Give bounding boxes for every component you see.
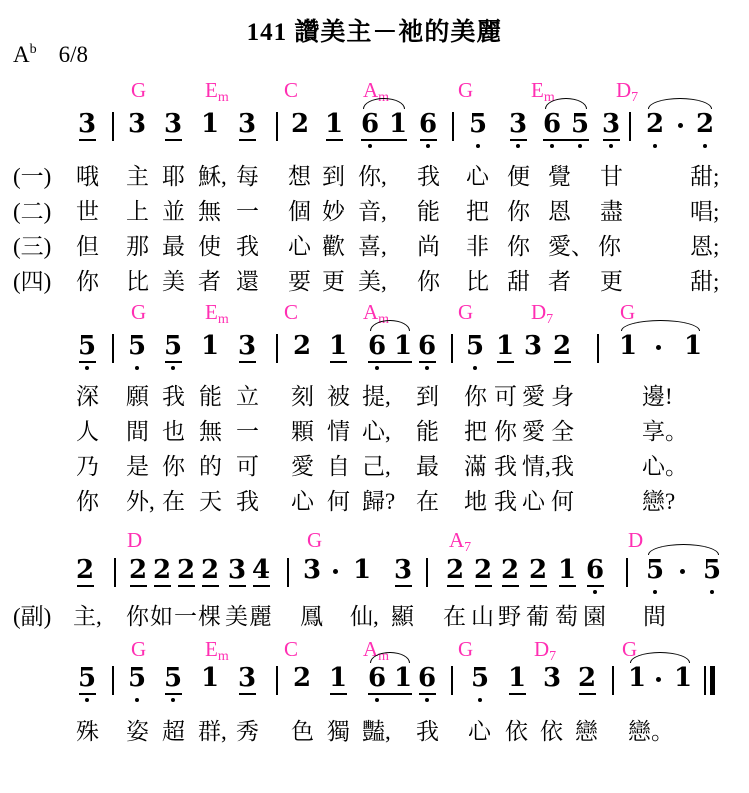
barline xyxy=(276,334,278,363)
low-octave-dot xyxy=(171,366,175,370)
lyric-text: 顆 xyxy=(291,413,314,446)
lyric-text: 顯 xyxy=(391,598,414,631)
lyric-text: 恩 xyxy=(548,193,571,226)
lyric-text: 仙, xyxy=(350,598,379,631)
eighth-underline xyxy=(326,139,343,141)
lyric-text: 天 xyxy=(199,483,222,516)
barline xyxy=(629,112,631,141)
eighth-underline xyxy=(587,585,604,587)
chord-root: E xyxy=(205,300,218,324)
augmentation-dot xyxy=(656,345,661,350)
note-digit: 6 xyxy=(418,664,436,692)
barline xyxy=(451,666,453,695)
chord-label: C xyxy=(284,300,298,325)
note-digit: 5 xyxy=(164,332,182,360)
lyric-text: 你 xyxy=(76,263,99,296)
lyric-text: 群, xyxy=(198,713,227,746)
eighth-underline xyxy=(165,139,182,141)
lyric-text: 如 xyxy=(150,598,173,631)
lyric-text: 要 xyxy=(288,263,311,296)
note-digit: 5 xyxy=(646,556,664,584)
lyric-text: 心 xyxy=(288,228,311,261)
lyric-text: 地 xyxy=(464,483,487,516)
eighth-underline xyxy=(239,139,256,141)
note-digit: 5 xyxy=(78,664,96,692)
chord-root: C xyxy=(284,637,298,661)
lyric-text: 你 xyxy=(494,413,517,446)
low-octave-dot xyxy=(653,590,657,594)
lyric-text: 秀 xyxy=(236,713,259,746)
lyric-text: 也 xyxy=(162,413,185,446)
note-digit: 6 xyxy=(368,332,386,360)
lyric-text: 戀。 xyxy=(628,713,674,746)
lyric-text: 己, xyxy=(362,448,391,481)
eighth-underline xyxy=(130,585,147,587)
lyric-text: 並 xyxy=(162,193,185,226)
note-digit: 2 xyxy=(529,556,547,584)
chord-quality: m xyxy=(218,90,229,105)
lyric-text: 美, xyxy=(358,263,387,296)
note-digit: 1 xyxy=(389,110,407,138)
chord-root: G xyxy=(458,78,473,102)
barline xyxy=(451,334,453,363)
chord-root: D xyxy=(534,637,549,661)
eighth-underline xyxy=(79,361,96,363)
lyric-text: 願 xyxy=(126,378,149,411)
verse-label: (二) xyxy=(13,193,51,226)
lyric-text: 甜; xyxy=(690,158,719,191)
lyric-text: 無 xyxy=(198,193,221,226)
augmentation-dot xyxy=(656,677,661,682)
note-digit: 1 xyxy=(394,332,412,360)
chord-label: G xyxy=(307,528,322,553)
eighth-underline xyxy=(579,693,596,695)
eighth-underline xyxy=(509,693,526,695)
note-digit: 5 xyxy=(571,110,589,138)
chord-root: C xyxy=(284,300,298,324)
low-octave-dot xyxy=(85,698,89,702)
lyric-text: 我 xyxy=(236,228,259,261)
barline xyxy=(597,334,599,363)
lyric-text: 棵 xyxy=(198,598,221,631)
note-digit: 2 xyxy=(153,556,171,584)
lyric-text: 可 xyxy=(494,378,517,411)
lyric-text: 更 xyxy=(600,263,623,296)
final-barline-thick xyxy=(710,666,715,695)
eighth-underline xyxy=(330,361,347,363)
note-digit: 5 xyxy=(78,332,96,360)
lyric-text: 使 xyxy=(198,228,221,261)
chord-label: G xyxy=(458,78,473,103)
chord-root: E xyxy=(205,78,218,102)
lyric-text: 在 xyxy=(443,598,466,631)
low-octave-dot xyxy=(425,366,429,370)
eighth-underline xyxy=(502,585,519,587)
lyric-text: 你 xyxy=(126,598,149,631)
eighth-underline xyxy=(420,139,437,141)
beam-underline xyxy=(361,139,407,141)
chord-label: G xyxy=(131,78,146,103)
chord-label: G xyxy=(458,637,473,662)
eighth-underline xyxy=(154,585,171,587)
barline xyxy=(452,112,454,141)
lyric-text: 野 xyxy=(498,598,521,631)
lyric-text: 依 xyxy=(540,713,563,746)
lyric-text: 戀 xyxy=(575,713,598,746)
lyric-text: 美 xyxy=(162,263,185,296)
lyric-text: 到 xyxy=(416,378,439,411)
lyric-text: 甜; xyxy=(690,263,719,296)
lyric-text: 每 xyxy=(236,158,259,191)
lyric-text: 把 xyxy=(466,193,489,226)
note-digit: 1 xyxy=(558,556,576,584)
note-digit: 6 xyxy=(543,110,561,138)
eighth-underline xyxy=(447,585,464,587)
low-octave-dot xyxy=(368,144,372,148)
lyric-text: 最 xyxy=(416,448,439,481)
eighth-underline xyxy=(77,585,94,587)
chord-root: D xyxy=(628,528,643,552)
lyric-text: 愛 xyxy=(291,448,314,481)
low-octave-dot xyxy=(478,698,482,702)
chord-root: A xyxy=(363,300,378,324)
lyric-text: 能 xyxy=(199,378,222,411)
eighth-underline xyxy=(79,693,96,695)
eighth-underline xyxy=(554,361,571,363)
lyric-text: 何 xyxy=(551,483,574,516)
lyric-text: 麗 xyxy=(249,598,272,631)
lyric-text: 愛、 xyxy=(548,228,594,261)
note-digit: 3 xyxy=(394,556,412,584)
lyric-text: 更 xyxy=(322,263,345,296)
lyric-text: 你 xyxy=(507,228,530,261)
chord-root: A xyxy=(449,528,464,552)
note-digit: 2 xyxy=(293,664,311,692)
eighth-underline xyxy=(330,693,347,695)
chord-label: C xyxy=(284,637,298,662)
lyric-text: 山 xyxy=(471,598,494,631)
chord-quality: m xyxy=(218,649,229,664)
lyric-text: 你 xyxy=(417,263,440,296)
lyric-text: 深 xyxy=(76,378,99,411)
lyric-text: 歸? xyxy=(362,483,395,516)
lyric-text: 非 xyxy=(466,228,489,261)
eighth-underline xyxy=(475,585,492,587)
lyric-text: 耶 xyxy=(162,158,185,191)
lyric-text: 是 xyxy=(126,448,149,481)
note-digit: 2 xyxy=(129,556,147,584)
lyric-text: 恩; xyxy=(690,228,719,261)
lyric-text: 便 xyxy=(507,158,530,191)
low-octave-dot xyxy=(653,144,657,148)
lyric-text: 姿 xyxy=(126,713,149,746)
chord-label: D7 xyxy=(531,300,553,328)
lyric-text: 的 xyxy=(199,448,222,481)
lyric-text: 獨 xyxy=(327,713,350,746)
lyric-text: 那 xyxy=(126,228,149,261)
lyric-text: 但 xyxy=(76,228,99,261)
low-octave-dot xyxy=(375,366,379,370)
eighth-underline xyxy=(79,139,96,141)
low-octave-dot xyxy=(85,366,89,370)
eighth-underline xyxy=(165,361,182,363)
barline xyxy=(112,666,114,695)
verse-label: (副) xyxy=(13,598,51,631)
lyric-text: 尚 xyxy=(417,228,440,261)
low-octave-dot xyxy=(703,144,707,148)
lyric-text: 無 xyxy=(199,413,222,446)
note-digit: 6 xyxy=(418,332,436,360)
lyric-text: 你 xyxy=(162,448,185,481)
note-digit: 1 xyxy=(628,664,646,692)
eighth-underline xyxy=(202,585,219,587)
hymn-sheet: 141 讚美主－祂的美麗 Ab6/8 GEmCAmGEmD73331321616… xyxy=(0,0,749,793)
lyric-text: 邊! xyxy=(642,378,673,411)
note-digit: 2 xyxy=(177,556,195,584)
lyric-text: 哦 xyxy=(76,158,99,191)
lyric-text: 上 xyxy=(126,193,149,226)
lyric-text: 美 xyxy=(225,598,248,631)
chord-root: C xyxy=(284,78,298,102)
note-digit: 1 xyxy=(394,664,412,692)
lyric-text: 你, xyxy=(358,158,387,191)
lyric-text: 立 xyxy=(236,378,259,411)
note-digit: 1 xyxy=(201,110,219,138)
chord-root: G xyxy=(131,637,146,661)
beam-underline xyxy=(368,693,412,695)
note-digit: 1 xyxy=(329,664,347,692)
lyric-text: 個 xyxy=(288,193,311,226)
eighth-underline xyxy=(419,693,436,695)
lyric-text: 身 xyxy=(551,378,574,411)
barline xyxy=(626,558,628,587)
note-digit: 5 xyxy=(466,332,484,360)
lyric-text: 能 xyxy=(417,193,440,226)
chord-label: D7 xyxy=(534,637,556,665)
lyric-text: 可 xyxy=(236,448,259,481)
lyric-text: 刻 xyxy=(291,378,314,411)
note-digit: 5 xyxy=(703,556,721,584)
lyric-text: 世 xyxy=(76,193,99,226)
lyric-text: 心 xyxy=(466,158,489,191)
chord-root: G xyxy=(307,528,322,552)
lyric-text: 我 xyxy=(416,713,439,746)
note-digit: 1 xyxy=(508,664,526,692)
low-octave-dot xyxy=(710,590,714,594)
chord-quality: 7 xyxy=(631,90,638,105)
lyric-text: 殊 xyxy=(76,713,99,746)
lyric-text: 我 xyxy=(236,483,259,516)
barline xyxy=(276,112,278,141)
chord-label: D7 xyxy=(616,78,638,106)
note-digit: 5 xyxy=(164,664,182,692)
eighth-underline xyxy=(603,139,620,141)
barline xyxy=(287,558,289,587)
chord-root: D xyxy=(531,300,546,324)
chord-root: E xyxy=(205,637,218,661)
lyric-text: 心 xyxy=(468,713,491,746)
note-digit: 5 xyxy=(128,332,146,360)
lyric-text: 自 xyxy=(327,448,350,481)
lyric-text: 乃 xyxy=(76,448,99,481)
note-digit: 3 xyxy=(303,556,321,584)
lyric-text: 色 xyxy=(291,713,314,746)
note-digit: 2 xyxy=(474,556,492,584)
lyric-text: 何 xyxy=(327,483,350,516)
lyric-text: 葡 xyxy=(526,598,549,631)
note-digit: 6 xyxy=(419,110,437,138)
page-title: 141 讚美主－祂的美麗 xyxy=(0,12,749,48)
low-octave-dot xyxy=(135,698,139,702)
lyric-text: 鳳 xyxy=(300,598,323,631)
lyric-text: 間 xyxy=(126,413,149,446)
note-digit: 1 xyxy=(353,556,371,584)
lyric-text: 戀? xyxy=(642,483,675,516)
verse-label: (三) xyxy=(13,228,51,261)
key-accidental: b xyxy=(30,42,37,57)
lyric-text: 妙 xyxy=(322,193,345,226)
note-digit: 3 xyxy=(228,556,246,584)
lyric-text: 心, xyxy=(362,413,391,446)
eighth-underline xyxy=(497,361,514,363)
barline xyxy=(112,112,114,141)
lyric-text: 你 xyxy=(76,483,99,516)
augmentation-dot xyxy=(678,123,683,128)
low-octave-dot xyxy=(135,366,139,370)
barline xyxy=(112,334,114,363)
note-digit: 3 xyxy=(78,110,96,138)
note-digit: 1 xyxy=(329,332,347,360)
note-digit: 2 xyxy=(646,110,664,138)
lyric-text: 你 xyxy=(507,193,530,226)
low-octave-dot xyxy=(473,366,477,370)
lyric-text: 滿 xyxy=(464,448,487,481)
lyric-text: 音, xyxy=(358,193,387,226)
lyric-text: 到 xyxy=(322,158,345,191)
final-barline-thin xyxy=(704,666,706,695)
chord-root: G xyxy=(131,300,146,324)
lyric-text: 唱; xyxy=(690,193,719,226)
barline xyxy=(276,666,278,695)
lyric-text: 我 xyxy=(162,378,185,411)
lyric-text: 被 xyxy=(327,378,350,411)
lyric-text: 心 xyxy=(291,483,314,516)
chord-root: G xyxy=(620,300,635,324)
low-octave-dot xyxy=(593,590,597,594)
note-digit: 2 xyxy=(446,556,464,584)
chord-root: G xyxy=(131,78,146,102)
lyric-text: 一 xyxy=(236,413,259,446)
note-digit: 3 xyxy=(238,110,256,138)
lyric-text: 能 xyxy=(416,413,439,446)
eighth-underline xyxy=(530,585,547,587)
note-digit: 5 xyxy=(128,664,146,692)
lyric-text: 在 xyxy=(416,483,439,516)
note-digit: 1 xyxy=(201,664,219,692)
lyric-text: 你 xyxy=(464,378,487,411)
lyric-text: 比 xyxy=(126,263,149,296)
lyric-text: 主, xyxy=(73,598,102,631)
lyric-text: 甘 xyxy=(600,158,623,191)
chord-quality: 7 xyxy=(546,312,553,327)
chord-root: D xyxy=(127,528,142,552)
chord-quality: 7 xyxy=(549,649,556,664)
lyric-text: 你 xyxy=(598,228,621,261)
chord-label: G xyxy=(620,300,635,325)
barline xyxy=(612,666,614,695)
eighth-underline xyxy=(395,585,412,587)
lyric-text: 歡 xyxy=(322,228,345,261)
key-signature: Ab6/8 xyxy=(13,42,88,68)
lyric-text: 享。 xyxy=(642,413,688,446)
low-octave-dot xyxy=(550,144,554,148)
chord-label: D xyxy=(127,528,142,553)
lyric-text: 豔, xyxy=(362,713,391,746)
note-digit: 3 xyxy=(128,110,146,138)
chord-quality: 7 xyxy=(464,540,471,555)
chord-label: G xyxy=(458,300,473,325)
lyric-text: 萄 xyxy=(555,598,578,631)
chord-label: Em xyxy=(205,300,229,328)
lyric-text: 心。 xyxy=(642,448,688,481)
chord-root: E xyxy=(531,78,544,102)
note-digit: 3 xyxy=(238,332,256,360)
barline xyxy=(426,558,428,587)
chord-quality: m xyxy=(218,312,229,327)
note-digit: 6 xyxy=(361,110,379,138)
eighth-underline xyxy=(239,361,256,363)
lyric-text: 外, xyxy=(126,483,155,516)
chord-root: G xyxy=(458,300,473,324)
lyric-text: 愛 xyxy=(522,378,545,411)
beam-underline xyxy=(368,361,412,363)
eighth-underline xyxy=(419,361,436,363)
lyric-text: 想 xyxy=(288,158,311,191)
barline xyxy=(114,558,116,587)
note-digit: 6 xyxy=(586,556,604,584)
note-digit: 2 xyxy=(291,110,309,138)
low-octave-dot xyxy=(516,144,520,148)
chord-label: Em xyxy=(205,637,229,665)
eighth-underline xyxy=(559,585,576,587)
note-digit: 2 xyxy=(696,110,714,138)
note-digit: 1 xyxy=(684,332,702,360)
lyric-text: 我 xyxy=(494,483,517,516)
lyric-text: 間 xyxy=(643,598,666,631)
lyric-text: 我 xyxy=(494,448,517,481)
lyric-text: 情, xyxy=(522,448,551,481)
eighth-underline xyxy=(229,585,246,587)
lyric-text: 情 xyxy=(327,413,350,446)
chord-label: D xyxy=(628,528,643,553)
eighth-underline xyxy=(510,139,527,141)
note-digit: 1 xyxy=(496,332,514,360)
lyric-text: 超 xyxy=(162,713,185,746)
lyric-text: 甜 xyxy=(507,263,530,296)
time-signature: 6/8 xyxy=(59,42,88,67)
note-digit: 1 xyxy=(674,664,692,692)
lyric-text: 全 xyxy=(551,413,574,446)
lyric-text: 依 xyxy=(505,713,528,746)
eighth-underline xyxy=(239,693,256,695)
beam-underline xyxy=(543,139,589,141)
slur-arc xyxy=(648,544,719,555)
lyric-text: 比 xyxy=(466,263,489,296)
note-digit: 1 xyxy=(325,110,343,138)
lyric-text: 一 xyxy=(236,193,259,226)
lyric-text: 盡 xyxy=(600,193,623,226)
augmentation-dot xyxy=(680,569,685,574)
